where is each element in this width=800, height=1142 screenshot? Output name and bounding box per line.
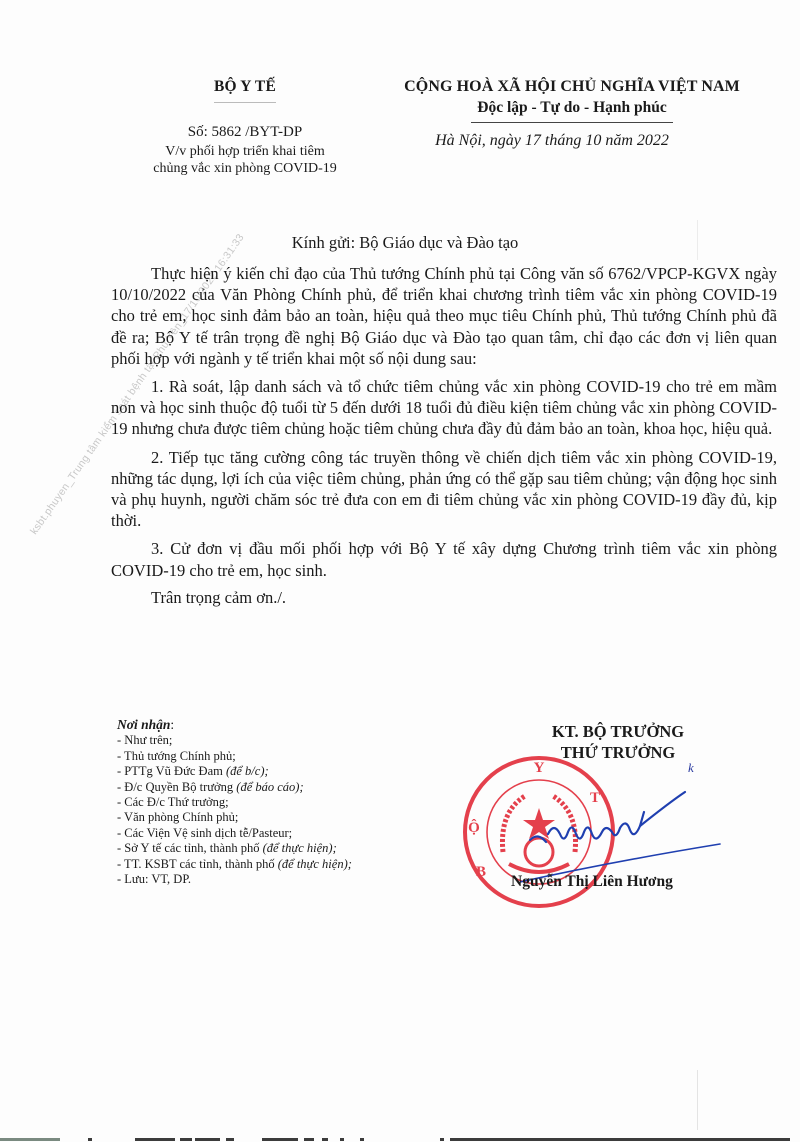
svg-text:B: B <box>476 864 486 880</box>
subject-line: V/v phối hợp triển khai tiêm <box>120 143 370 160</box>
national-motto: Độc lập - Tự do - Hạnh phúc <box>352 99 792 117</box>
addressee: Kính gửi: Bộ Giáo dục và Đào tạo <box>0 233 800 253</box>
subject-line: chủng vắc xin phòng COVID-19 <box>120 160 370 177</box>
signature-title-line1: KT. BỘ TRƯỞNG <box>488 721 748 742</box>
issuer-block: BỘ Y TẾ Số: 5862 /BYT-DP V/v phối hợp tr… <box>120 78 370 177</box>
dateline: Hà Nội, ngày 17 tháng 10 năm 2022 <box>352 132 792 150</box>
signature-title: KT. BỘ TRƯỞNG THỨ TRƯỞNG <box>488 721 748 763</box>
initial-mark: k <box>688 760 694 776</box>
body-paragraph-intro: Thực hiện ý kiến chỉ đạo của Thủ tướng C… <box>111 263 777 369</box>
distribution-item: - Sở Y tế các tỉnh, thành phố (để thực h… <box>117 841 352 856</box>
agency-name: BỘ Y TẾ <box>120 78 370 96</box>
body-closing: Trân trọng cảm ơn./. <box>111 587 777 608</box>
body-item-2: 2. Tiếp tục tăng cường công tác truyền t… <box>111 447 777 532</box>
national-header: CỘNG HOÀ XÃ HỘI CHỦ NGHĨA VIỆT NAM Độc l… <box>352 78 792 150</box>
document-subject: V/v phối hợp triển khai tiêm chủng vắc x… <box>120 143 370 177</box>
motto-underline <box>471 122 673 123</box>
scan-artifact-line <box>697 1070 698 1130</box>
distribution-list: Nơi nhận: - Như trên;- Thủ tướng Chính p… <box>117 717 352 887</box>
distribution-item: - Các Đ/c Thứ trưởng; <box>117 795 352 810</box>
distribution-item: - Văn phòng Chính phủ; <box>117 810 352 825</box>
document-page: ksbt.phuyen_Trung tâm kiểm soát bệnh tật… <box>0 0 800 1142</box>
agency-underline <box>214 102 276 103</box>
body-item-1: 1. Rà soát, lập danh sách và tổ chức tiê… <box>111 376 777 440</box>
body-item-3: 3. Cử đơn vị đầu mối phối hợp với Bộ Y t… <box>111 538 777 580</box>
distribution-item: - PTTg Vũ Đức Đam (để b/c); <box>117 764 352 779</box>
distribution-item: - Thủ tướng Chính phủ; <box>117 749 352 764</box>
svg-text:Ộ: Ộ <box>468 819 480 836</box>
letter-body: Thực hiện ý kiến chỉ đạo của Thủ tướng C… <box>111 263 777 615</box>
signer-name: Nguyễn Thị Liên Hương <box>511 873 673 891</box>
distribution-title: Nơi nhận: <box>117 717 352 732</box>
distribution-items: - Như trên;- Thủ tướng Chính phủ;- PTTg … <box>117 733 352 887</box>
distribution-item: - Đ/c Quyền Bộ trưởng (để báo cáo); <box>117 780 352 795</box>
signature-title-line2: THỨ TRƯỞNG <box>488 742 748 763</box>
national-title: CỘNG HOÀ XÃ HỘI CHỦ NGHĨA VIỆT NAM <box>352 78 792 96</box>
document-number: Số: 5862 /BYT-DP <box>120 124 370 141</box>
distribution-item: - Lưu: VT, DP. <box>117 872 352 887</box>
distribution-item: - Các Viện Vệ sinh dịch tễ/Pasteur; <box>117 826 352 841</box>
distribution-item: - TT. KSBT các tỉnh, thành phố (để thực … <box>117 857 352 872</box>
distribution-item: - Như trên; <box>117 733 352 748</box>
scan-bottom-edge <box>0 1136 800 1142</box>
